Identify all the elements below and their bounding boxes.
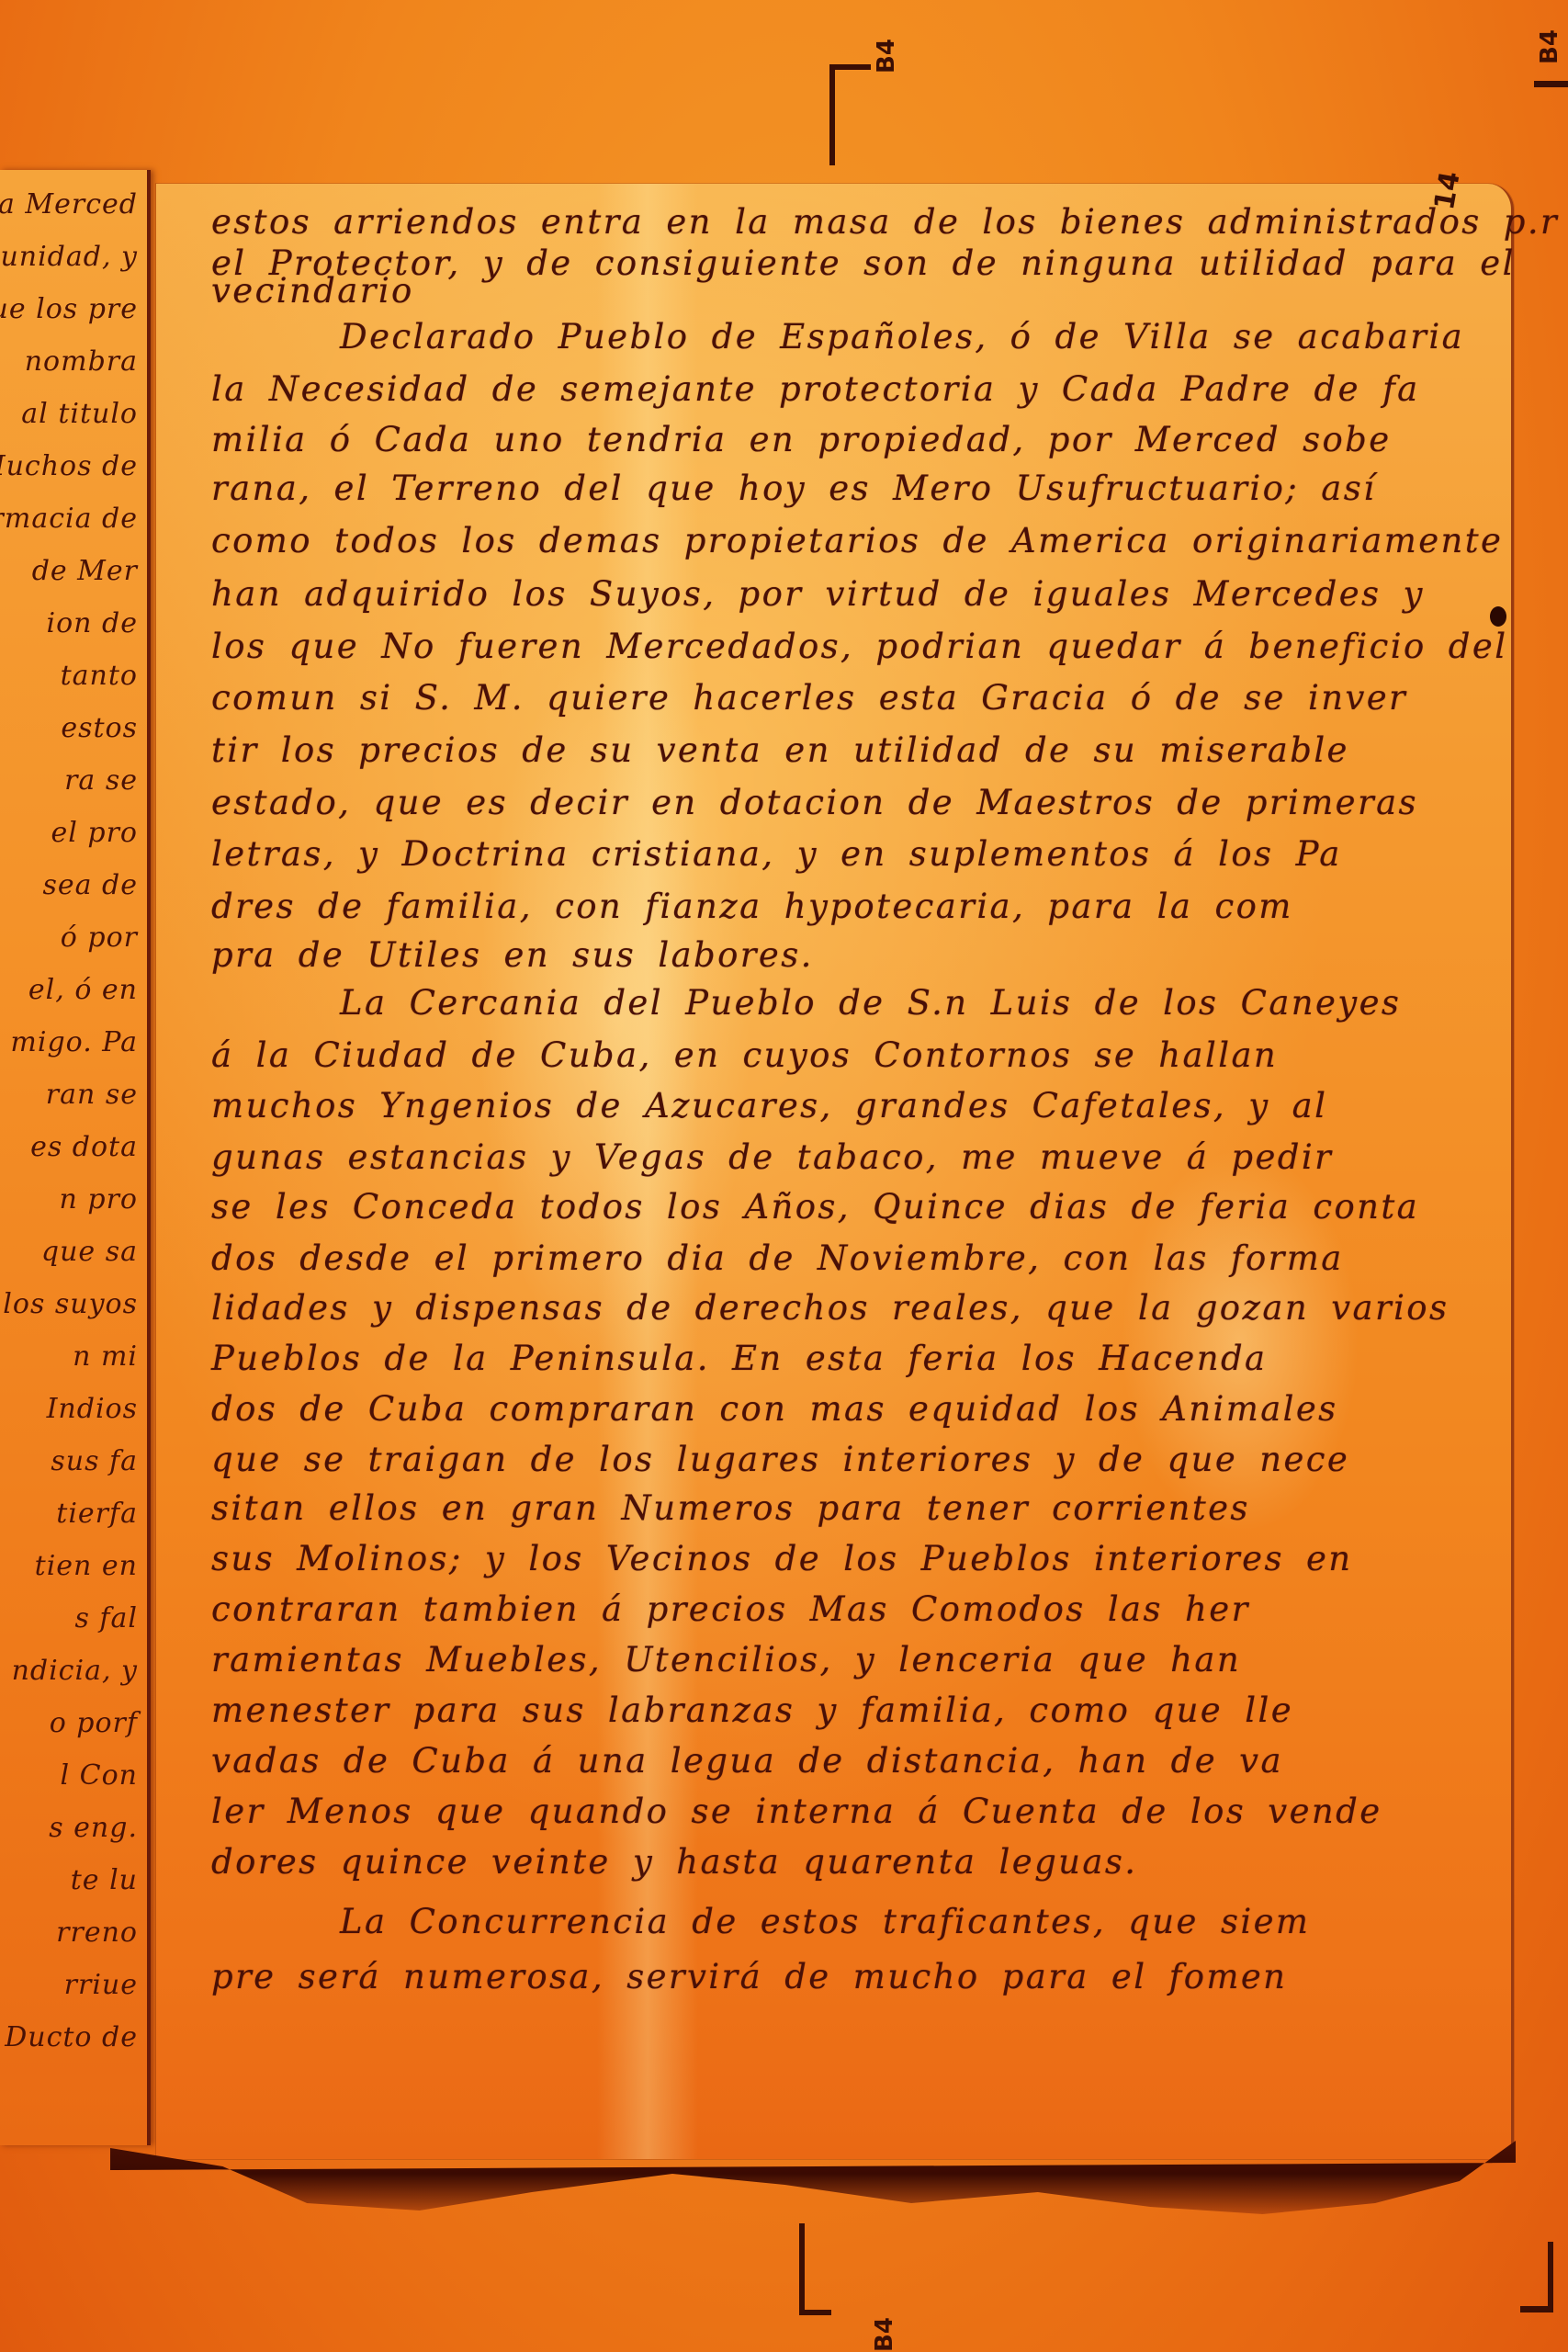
left-fragment-line: la Merced xyxy=(0,188,138,220)
left-fragment-line: o porf xyxy=(50,1707,138,1739)
crop-mark-top-horizontal xyxy=(829,64,871,70)
manuscript-line: los que No fueren Mercedados, podrian qu… xyxy=(211,627,1507,666)
left-fragment-line: ion de xyxy=(47,607,138,639)
manuscript-line: pre será numerosa, servirá de mucho para… xyxy=(211,1957,1287,1996)
manuscript-line: como todos los demas propietarios de Ame… xyxy=(211,521,1503,560)
manuscript-line: estos arriendos entra en la masa de los … xyxy=(211,202,1559,242)
crop-mark-bottom-horizontal xyxy=(799,2310,831,2315)
left-fragment-line: estos xyxy=(61,712,138,744)
left-fragment-line: el pro xyxy=(51,817,139,849)
manuscript-line: estado, que es decir en dotacion de Maes… xyxy=(211,783,1418,822)
left-fragment-line: tien en xyxy=(35,1550,138,1582)
left-fragment-line: s fal xyxy=(74,1602,138,1634)
left-fragment-line: s eng. xyxy=(49,1812,138,1844)
left-page-fragment: la Mercedunidad, yue los prenombraal tit… xyxy=(0,170,151,2145)
left-fragment-line: tierfa xyxy=(56,1498,138,1530)
left-fragment-line: sea de xyxy=(42,869,138,901)
left-fragment-line: Indios xyxy=(47,1393,138,1425)
manuscript-line: Declarado Pueblo de Españoles, ó de Vill… xyxy=(211,317,1464,356)
crop-mark-top-label: B4 xyxy=(873,39,900,73)
left-fragment-line: rriue xyxy=(64,1969,138,2001)
manuscript-line: que se traigan de los lugares interiores… xyxy=(211,1440,1349,1479)
crop-mark-top-right-label: B4 xyxy=(1536,29,1563,64)
left-fragment-line: rmacia de xyxy=(0,503,138,535)
manuscript-line: comun si S. M. quiere hacerles esta Grac… xyxy=(211,678,1407,718)
manuscript-line: menester para sus labranzas y familia, c… xyxy=(211,1690,1293,1730)
manuscript-line: muchos Yngenios de Azucares, grandes Caf… xyxy=(211,1086,1327,1125)
crop-mark-top-vertical xyxy=(829,64,835,165)
manuscript-line: La Concurrencia de estos traficantes, qu… xyxy=(211,1902,1310,1941)
left-fragment-line: n pro xyxy=(60,1183,138,1216)
manuscript-line: vadas de Cuba á una legua de distancia, … xyxy=(211,1741,1283,1781)
manuscript-line: dos de Cuba compraran con mas equidad lo… xyxy=(211,1389,1338,1429)
left-fragment-line: ó por xyxy=(61,922,138,954)
left-fragment-line: tanto xyxy=(61,660,138,692)
left-fragment-line: rreno xyxy=(56,1917,138,1949)
crop-mark-bottom-right-vertical xyxy=(1548,2242,1553,2311)
crop-mark-top-right xyxy=(1534,81,1568,87)
left-fragment-line: l Con xyxy=(61,1759,138,1792)
left-fragment-line: que sa xyxy=(41,1236,138,1268)
left-fragment-line: migo. Pa xyxy=(10,1026,138,1058)
manuscript-line: rana, el Terreno del que hoy es Mero Usu… xyxy=(211,469,1376,508)
manuscript-line: á la Ciudad de Cuba, en cuyos Contornos … xyxy=(211,1035,1278,1075)
left-fragment-line: ue los pre xyxy=(0,293,138,325)
left-fragment-line: los suyos xyxy=(3,1288,138,1320)
left-fragment-line: nombra xyxy=(25,345,138,378)
left-fragment-line: ra se xyxy=(64,764,138,797)
manuscript-line: dres de familia, con fianza hypotecaria,… xyxy=(211,887,1293,926)
manuscript-line: la Necesidad de semejante protectoria y … xyxy=(211,369,1420,409)
manuscript-line: letras, y Doctrina cristiana, y en suple… xyxy=(211,834,1342,874)
left-fragment-line: Ducto de xyxy=(5,2021,138,2053)
manuscript-line: sus Molinos; y los Vecinos de los Pueblo… xyxy=(211,1539,1353,1578)
manuscript-line: milia ó Cada uno tendria en propiedad, p… xyxy=(211,420,1392,459)
manuscript-line: vecindario xyxy=(211,271,414,311)
left-fragment-line: unidad, y xyxy=(0,241,138,273)
left-fragment-line: n mi xyxy=(73,1340,138,1373)
left-fragment-line: el, ó en xyxy=(28,974,138,1006)
manuscript-line: lidades y dispensas de derechos reales, … xyxy=(211,1288,1449,1328)
left-fragment-line: de Mer xyxy=(32,555,138,587)
left-fragment-line: al titulo xyxy=(21,398,138,430)
manuscript-line: han adquirido los Suyos, por virtud de i… xyxy=(211,574,1425,614)
left-fragment-line: te lu xyxy=(71,1864,138,1896)
left-fragment-line: ran se xyxy=(46,1079,138,1111)
crop-mark-bottom-right-horizontal xyxy=(1520,2306,1553,2312)
manuscript-line: dores quince veinte y hasta quarenta leg… xyxy=(211,1842,1137,1882)
left-fragment-line: ndicia, y xyxy=(12,1655,138,1687)
manuscript-line: La Cercania del Pueblo de S.n Luis de lo… xyxy=(211,983,1401,1023)
manuscript-line: gunas estancias y Vegas de tabaco, me mu… xyxy=(211,1137,1333,1177)
binding-hole xyxy=(1490,606,1506,627)
manuscript-line: tir los precios de su venta en utilidad … xyxy=(211,730,1349,770)
manuscript-line: ramientas Muebles, Utencilios, y lenceri… xyxy=(211,1640,1241,1679)
manuscript-line: pra de Utiles en sus labores. xyxy=(211,935,814,975)
manuscript-line: contraran tambien á precios Mas Comodos … xyxy=(211,1589,1250,1629)
manuscript-line: sitan ellos en gran Numeros para tener c… xyxy=(211,1488,1250,1528)
crop-mark-bottom-vertical xyxy=(799,2223,805,2315)
left-fragment-line: sus fa xyxy=(51,1445,138,1477)
left-fragment-line: Muchos de xyxy=(0,450,138,482)
left-fragment-line: es dota xyxy=(30,1131,138,1163)
manuscript-line: ler Menos que quando se interna á Cuenta… xyxy=(211,1792,1382,1831)
manuscript-line: Pueblos de la Peninsula. En esta feria l… xyxy=(211,1339,1268,1378)
manuscript-line: se les Conceda todos los Años, Quince di… xyxy=(211,1187,1419,1227)
crop-mark-bottom-label: B4 xyxy=(871,2317,898,2352)
manuscript-line: dos desde el primero dia de Noviembre, c… xyxy=(211,1238,1344,1278)
